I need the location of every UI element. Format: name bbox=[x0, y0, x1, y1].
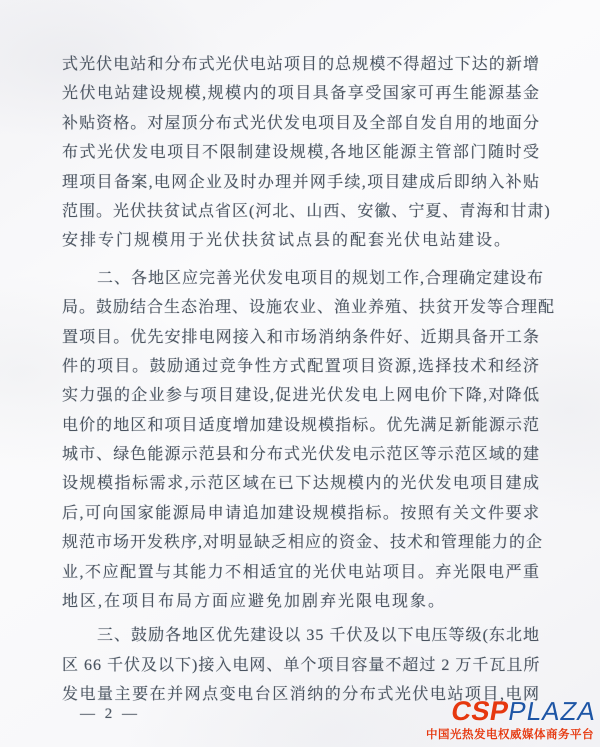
text-line: 三、鼓励各地区优先建设以 35 千伏及以下电压等级(东北地 bbox=[62, 621, 540, 650]
text-line: 式光伏电站和分布式光伏电站项目的总规模不得超过下达的新增 bbox=[62, 50, 540, 79]
text-line: 业,不应配置与其能力不相适宜的光伏电站项目。弃光限电严重 bbox=[62, 558, 540, 587]
paragraph-2: 二、各地区应完善光伏发电项目的规划工作,合理确定建设布 局。鼓励结合生态治理、设… bbox=[62, 264, 540, 617]
text-line: 置项目。优先安排电网接入和市场消纳条件好、近期具备开工条 bbox=[62, 323, 540, 352]
text-line: 实力强的企业参与项目建设,促进光伏发电上网电价下降,对降低 bbox=[62, 381, 540, 410]
cspplaza-watermark: CSPPLAZA 中国光热发电权威媒体商务平台 bbox=[424, 698, 596, 742]
text-line: 电价的地区和项目适度增加建设规模指标。优先满足新能源示范 bbox=[62, 411, 540, 440]
text-line: 局。鼓励结合生态治理、设施农业、渔业养殖、扶贫开发等合理配 bbox=[62, 293, 540, 322]
text-line: 光伏电站建设规模,规模内的项目具备享受国家可再生能源基金 bbox=[62, 79, 540, 108]
text-line: 后,可向国家能源局申请追加建设规模指标。按照有关文件要求 bbox=[62, 499, 540, 528]
text-line: 规范市场开发秩序,对明显缺乏相应的资金、技术和管理能力的企 bbox=[62, 528, 540, 557]
text-line: 地区,在项目布局方面应避免加剧弃光限电现象。 bbox=[62, 587, 540, 616]
text-line: 补贴资格。对屋顶分布式光伏发电项目及全部自发自用的地面分 bbox=[62, 109, 540, 138]
cspplaza-logo: CSPPLAZA bbox=[422, 698, 599, 725]
text-line: 城市、绿色能源示范县和分布式光伏发电示范区等示范区域的建 bbox=[62, 440, 540, 469]
paragraph-1: 式光伏电站和分布式光伏电站项目的总规模不得超过下达的新增 光伏电站建设规模,规模… bbox=[62, 50, 540, 256]
text-line: 范围。光伏扶贫试点省区(河北、山西、安徽、宁夏、青海和甘肃) bbox=[62, 197, 540, 226]
document-body-text: 式光伏电站和分布式光伏电站项目的总规模不得超过下达的新增 光伏电站建设规模,规模… bbox=[62, 50, 540, 710]
text-line: 布式光伏发电项目不限制建设规模,各地区能源主管部门随时受 bbox=[62, 138, 540, 167]
scanned-document-page: 式光伏电站和分布式光伏电站项目的总规模不得超过下达的新增 光伏电站建设规模,规模… bbox=[0, 0, 600, 747]
plaza-logo-text: PLAZA bbox=[506, 698, 598, 724]
text-line: 设规模指标需求,示范区域在已下达规模内的光伏发电项目建成 bbox=[62, 469, 540, 498]
text-line: 件的项目。鼓励通过竞争性方式配置项目资源,选择技术和经济 bbox=[62, 352, 540, 381]
watermark-tagline: 中国光热发电权威媒体商务平台 bbox=[424, 726, 596, 742]
text-line: 安排专门规模用于光伏扶贫试点县的配套光伏电站建设。 bbox=[62, 226, 540, 255]
text-line: 二、各地区应完善光伏发电项目的规划工作,合理确定建设布 bbox=[62, 264, 540, 293]
page-number: — 2 — bbox=[80, 706, 140, 723]
text-line: 区 66 千伏及以下)接入电网、单个项目容量不超过 2 万千瓦且所 bbox=[62, 651, 540, 680]
text-line: 理项目备案,电网企业及时办理并网手续,项目建成后即纳入补贴 bbox=[62, 168, 540, 197]
csp-logo-text: CSP bbox=[449, 698, 511, 725]
